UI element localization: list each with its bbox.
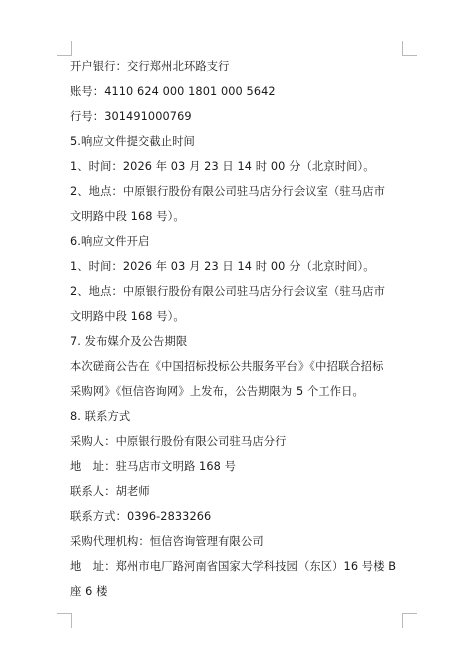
submission-location-line: 2、地点：中原银行股份有限公司驻马店分行会议室（驻马店市 xyxy=(70,183,410,208)
page-corner-mark-top-left xyxy=(57,41,72,56)
page-corner-mark-top-right xyxy=(402,41,417,56)
agency-address-line-cont: 座 6 楼 xyxy=(70,583,410,608)
contact-person-line: 联系人：胡老师 xyxy=(70,483,410,508)
submission-location-line-cont: 文明路中段 168 号）。 xyxy=(70,208,410,233)
publication-text-line: 本次磋商公告在《中国招标投标公共服务平台》《中招联合招标 xyxy=(70,358,410,383)
page-corner-mark-bottom-right xyxy=(402,613,417,628)
agency-line: 采购代理机构：恒信咨询管理有限公司 xyxy=(70,533,410,558)
bank-code-line: 行号：301491000769 xyxy=(70,108,410,133)
document-page: 开户银行：交行郑州北环路支行 账号：4110 624 000 1801 000 … xyxy=(0,0,472,669)
section-heading-contacts: 8. 联系方式 xyxy=(70,408,410,433)
section-heading-submission-deadline: 5.响应文件提交截止时间 xyxy=(70,133,410,158)
opening-time-line: 1、时间：2026 年 03 月 23 日 14 时 00 分（北京时间）。 xyxy=(70,258,410,283)
account-number-line: 账号：4110 624 000 1801 000 5642 xyxy=(70,83,410,108)
document-body[interactable]: 开户银行：交行郑州北环路支行 账号：4110 624 000 1801 000 … xyxy=(70,58,410,608)
agency-address-line: 地 址：郑州市电厂路河南省国家大学科技园（东区）16 号楼 B xyxy=(70,558,410,583)
opening-location-line-cont: 文明路中段 168 号）。 xyxy=(70,308,410,333)
section-heading-publication: 7. 发布媒介及公告期限 xyxy=(70,333,410,358)
opening-location-line: 2、地点：中原银行股份有限公司驻马店分行会议室（驻马店市 xyxy=(70,283,410,308)
purchaser-address-line: 地 址：驻马店市文明路 168 号 xyxy=(70,458,410,483)
section-heading-opening: 6.响应文件开启 xyxy=(70,233,410,258)
phone-line: 联系方式：0396-2833266 xyxy=(70,508,410,533)
purchaser-line: 采购人：中原银行股份有限公司驻马店分行 xyxy=(70,433,410,458)
publication-text-line-cont: 采购网》《恒信咨询网》上发布，公告期限为 5 个工作日。 xyxy=(70,383,410,408)
page-corner-mark-bottom-left xyxy=(57,613,72,628)
bank-name-line: 开户银行：交行郑州北环路支行 xyxy=(70,58,410,83)
submission-time-line: 1、时间：2026 年 03 月 23 日 14 时 00 分（北京时间）。 xyxy=(70,158,410,183)
